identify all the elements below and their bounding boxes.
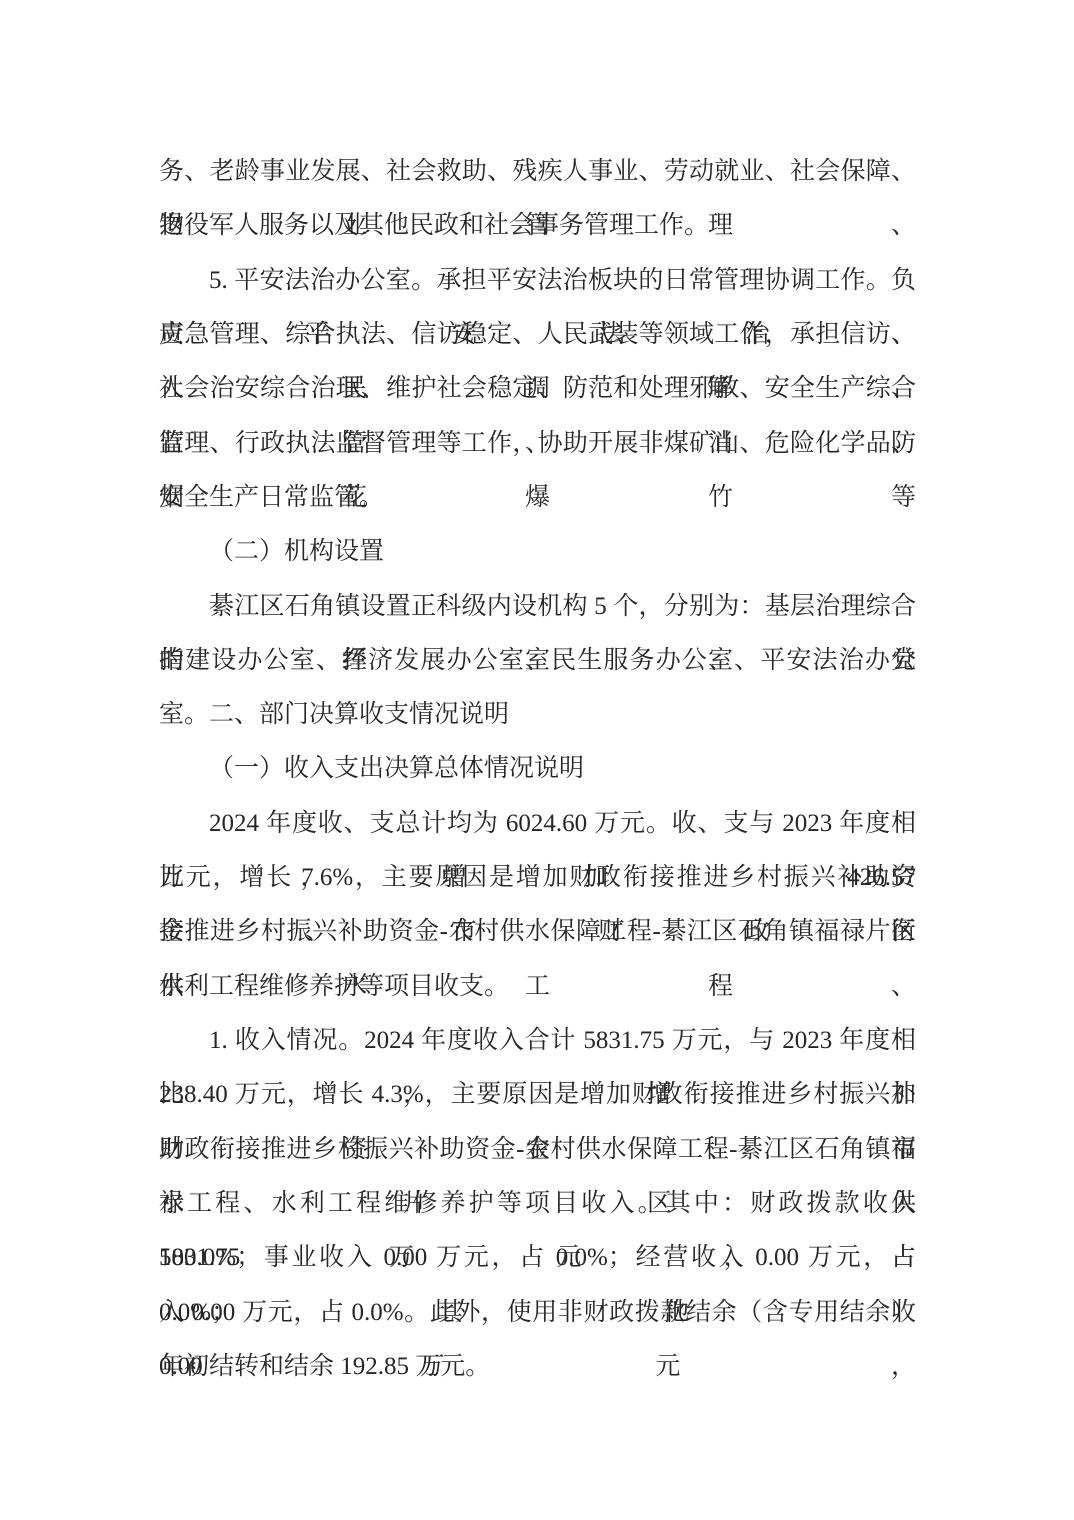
text-line: 5. 平安法治办公室。承担平安法治板块的日常管理协调工作。负责平安法治、 [159,254,916,308]
text-line: 1. 收入情况。2024 年度收入合计 5831.75 万元，与 2023 年度… [159,1014,916,1068]
text-line: 2024 年度收、支总计均为 6024.60 万元。收、支与 2023 年度相比… [159,797,916,851]
text-line: 100.0%；事业收入 0.00 万元，占 0.0%；经营收入 0.00 万元，… [159,1231,916,1285]
document-page: 务、老龄事业发展、社会救助、残疾人事业、劳动就业、社会保障、物业管理、退役军人服… [0,0,1074,1520]
text-line: 应急管理、综合执法、信访稳定、人民武装等领域工作，承担信访、人民调解、 [159,308,916,362]
text-line: 务、老龄事业发展、社会救助、残疾人事业、劳动就业、社会保障、物业管理、 [159,145,916,199]
text-line: （一）收入支出决算总体情况说明 [159,742,916,796]
text-line: 管理、行政执法监督管理等工作，协助开展非煤矿山、危险化学品、烟花爆竹等 [159,417,916,471]
text-line: 238.40 万元，增长 4.3%，主要原因是增加财政衔接推进乡村振兴补助资金、… [159,1068,916,1122]
text-line: 水工程、水利工程维修养护等项目收入。其中：财政拨款收入 5831.75 万元，占 [159,1177,916,1231]
text-line: 财政衔接推进乡村振兴补助资金-农村供水保障工程-綦江区石角镇福禄片区供 [159,1123,916,1177]
text-line: 万元，增长 7.6%，主要原因是增加财政衔接推进乡村振兴补助资金、市财政衔 [159,851,916,905]
text-line: 接推进乡村振兴补助资金-农村供水保障工程-綦江区石角镇福禄片区供水工程、 [159,905,916,959]
text-line: 社会治安综合治理、维护社会稳定、防范和处理邪教、安全生产综合监管、消防 [159,362,916,416]
document-body: 务、老龄事业发展、社会救助、残疾人事业、劳动就业、社会保障、物业管理、退役军人服… [159,145,916,1394]
text-line: 綦江区石角镇设置正科级内设机构 5 个，分别为：基层治理综合指挥室、党 [159,580,916,634]
text-line: 入 0.00 万元，占 0.0%。此外，使用非财政拨款结余（含专用结余）0.00… [159,1286,916,1340]
text-line: 二、部门决算收支情况说明 [159,688,916,742]
text-line: （二）机构设置 [159,525,916,579]
text-line: 的建设办公室、经济发展办公室、民生服务办公室、平安法治办公室。 [159,634,916,688]
